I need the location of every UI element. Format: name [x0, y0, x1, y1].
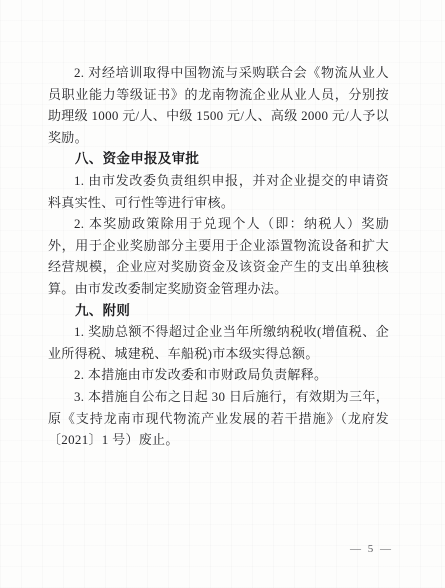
- document-paragraph: 2. 对经培训取得中国物流与采购联合会《物流从业人员职业能力等级证书》的龙南物流…: [48, 62, 389, 148]
- section-heading: 八、资金申报及审批: [48, 148, 389, 170]
- document-paragraph: 2. 本奖励政策除用于兑现个人（即：纳税人）奖励外，用于企业奖励部分主要用于企业…: [48, 213, 389, 299]
- page-number: — 5 —: [350, 543, 393, 555]
- document-body: 2. 对经培训取得中国物流与采购联合会《物流从业人员职业能力等级证书》的龙南物流…: [48, 62, 389, 451]
- document-paragraph: 1. 由市发改委负责组织申报，并对企业提交的申请资料真实性、可行性等进行审核。: [48, 170, 389, 213]
- document-paragraph: 1. 奖励总额不得超过企业当年所缴纳税收(增值税、企业所得税、城建税、车船税)市…: [48, 321, 389, 364]
- document-paragraph: 3. 本措施自公布之日起 30 日后施行，有效期为三年，原《支持龙南市现代物流产…: [48, 386, 389, 451]
- document-paragraph: 2. 本措施由市发改委和市财政局负责解释。: [48, 364, 389, 386]
- section-heading: 九、附则: [48, 300, 389, 322]
- document-page: 2. 对经培训取得中国物流与采购联合会《物流从业人员职业能力等级证书》的龙南物流…: [0, 0, 445, 588]
